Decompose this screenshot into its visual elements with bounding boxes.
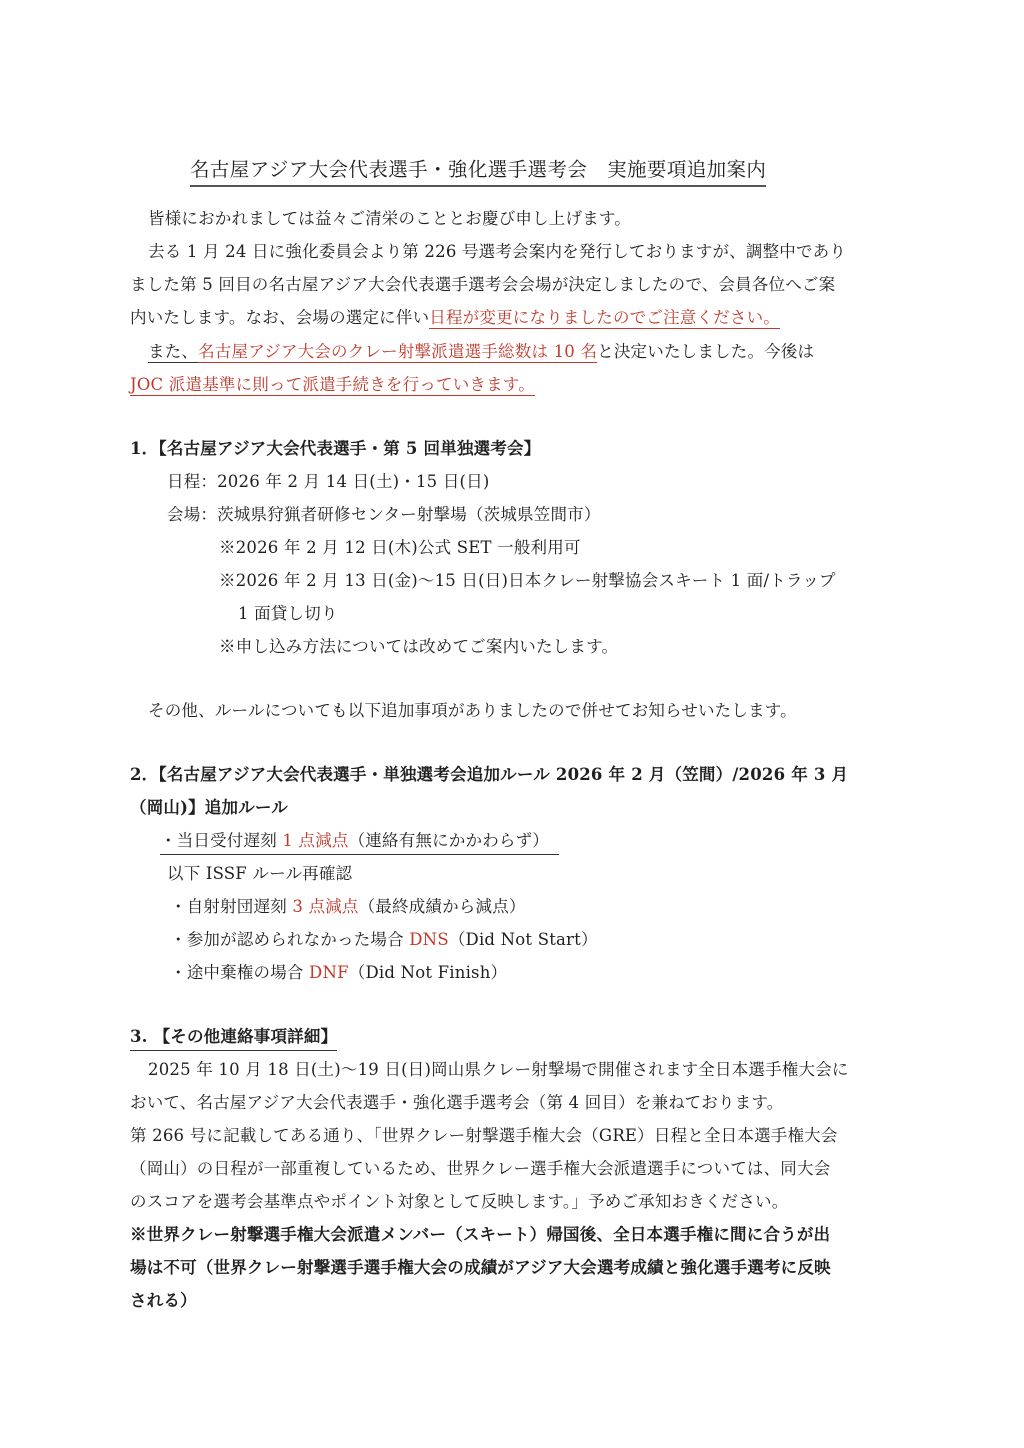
rule-late-reception-label: ・当日受付遅刻: [160, 831, 282, 850]
section1-heading: 1．【名古屋アジア大会代表選手・第 5 回単独選考会】: [130, 437, 540, 461]
section2-heading-line2: （岡山)】追加ルール: [130, 796, 288, 820]
document-title: 名古屋アジア大会代表選手・強化選手選考会 実施要項追加案内: [190, 156, 766, 187]
intro-p3-line1: また、名古屋アジア大会のクレー射撃派遣選手総数は 10 名と決定いたしました。今…: [148, 340, 814, 364]
section3-p2-line1: 第 266 号に記載してある通り、「世界クレー射撃選手権大会（GRE）日程と全日…: [130, 1124, 838, 1148]
section1-note-set: ※2026 年 2 月 12 日(木)公式 SET 一般利用可: [219, 536, 581, 560]
rule-late-reception-note: （連絡有無にかかわらず）: [349, 831, 549, 850]
rule-dnf-code: DNF: [309, 963, 349, 982]
section3-p2-line2: （岡山）の日程が一部重複しているため、世界クレー選手権大会派遣選手については、同…: [130, 1157, 830, 1181]
rule-dns-note: （Did Not Start）: [449, 930, 598, 949]
section3-p1-line2: おいて、名古屋アジア大会代表選手・強化選手選考会（第 4 回目）を兼ねております…: [130, 1091, 783, 1115]
issf-rules-heading: 以下 ISSF ルール再確認: [167, 862, 352, 886]
rule-squad-late-label: ・自射射団遅刻: [170, 897, 292, 916]
rule-dnf-label: ・途中棄権の場合: [170, 963, 309, 982]
rule-squad-late-penalty: 3 点減点: [292, 897, 358, 916]
document-page: 名古屋アジア大会代表選手・強化選手選考会 実施要項追加案内 皆様におかれましては…: [0, 0, 1024, 1448]
intro-p2-line3: 内いたします。なお、会場の選定に伴い日程が変更になりましたのでご注意ください。: [130, 306, 780, 330]
section3-note-line1: ※世界クレー射撃選手権大会派遣メンバー（スキート）帰国後、全日本選手権に間に合う…: [130, 1223, 830, 1247]
rule-dns-label: ・参加が認められなかった場合: [170, 930, 409, 949]
section1-schedule: 日程：2026 年 2 月 14 日(土)・15 日(日): [167, 470, 490, 494]
rules-transition: その他、ルールについても以下追加事項がありましたので併せてお知らせいたします。: [148, 699, 797, 723]
rule-dnf-note: （Did Not Finish）: [349, 963, 507, 982]
section1-note-rental-line1: ※2026 年 2 月 13 日(金)～15 日(日)日本クレー射撃協会スキート…: [219, 569, 836, 593]
rule-dns-code: DNS: [409, 930, 449, 949]
rule-dns: ・参加が認められなかった場合 DNS（Did Not Start）: [170, 928, 598, 952]
section2-heading-line1: 2．【名古屋アジア大会代表選手・単独選考会追加ルール 2026 年 2 月（笠間…: [130, 763, 848, 787]
rule-dnf: ・途中棄権の場合 DNF（Did Not Finish）: [170, 961, 507, 985]
section1-venue: 会場：茨城県狩猟者研修センター射撃場（茨城県笠間市）: [167, 503, 601, 527]
intro-p3-line2: JOC 派遣基準に則って派遣手続きを行っていきます。: [130, 373, 535, 397]
rule-squad-late-note: （最終成績から減点）: [359, 897, 526, 916]
intro-p3-suffix: と決定いたしました。今後は: [597, 342, 814, 361]
intro-greeting: 皆様におかれましては益々ご清栄のこととお慶び申し上げます。: [148, 207, 631, 231]
section3-p1-line1: 2025 年 10 月 18 日(土)～19 日(日)岡山県クレー射撃場で開催さ…: [148, 1058, 849, 1082]
joc-criteria-notice: JOC 派遣基準に則って派遣手続きを行っていきます。: [130, 375, 535, 396]
section3-heading: 3. 【その他連絡事項詳細】: [130, 1025, 337, 1051]
rule-squad-late: ・自射射団遅刻 3 点減点（最終成績から減点）: [170, 895, 526, 919]
rule-late-reception-penalty: 1 点減点: [282, 831, 348, 850]
schedule-change-notice: 日程が変更になりましたのでご注意ください。: [429, 308, 780, 329]
section1-note-application: ※申し込み方法については改めてご案内いたします。: [219, 635, 618, 659]
intro-p2-line2: ました第 5 回目の名古屋アジア大会代表選手選考会会場が決定しましたので、会員各…: [130, 273, 835, 297]
section1-note-rental-line2: 1 面貸し切り: [238, 602, 338, 626]
intro-p2-line1: 去る 1 月 24 日に強化委員会より第 226 号選考会案内を発行しております…: [148, 240, 846, 264]
intro-p3-prefix: また、: [148, 342, 198, 363]
intro-p2-line3-text: 内いたします。なお、会場の選定に伴い: [130, 308, 429, 327]
section3-note-line2: 場は不可（世界クレー射撃選手選手権大会の成績がアジア大会選考成績と強化選手選考に…: [130, 1256, 831, 1280]
rule-late-reception: ・当日受付遅刻 1 点減点（連絡有無にかかわらず）: [160, 829, 559, 855]
section3-note-line3: される）: [130, 1289, 197, 1313]
section3-p2-line3: のスコアを選考会基準点やポイント対象として反映します。」予めご承知おきください。: [130, 1190, 788, 1214]
delegation-total-notice: 名古屋アジア大会のクレー射撃派遣選手総数は 10 名: [198, 342, 597, 363]
